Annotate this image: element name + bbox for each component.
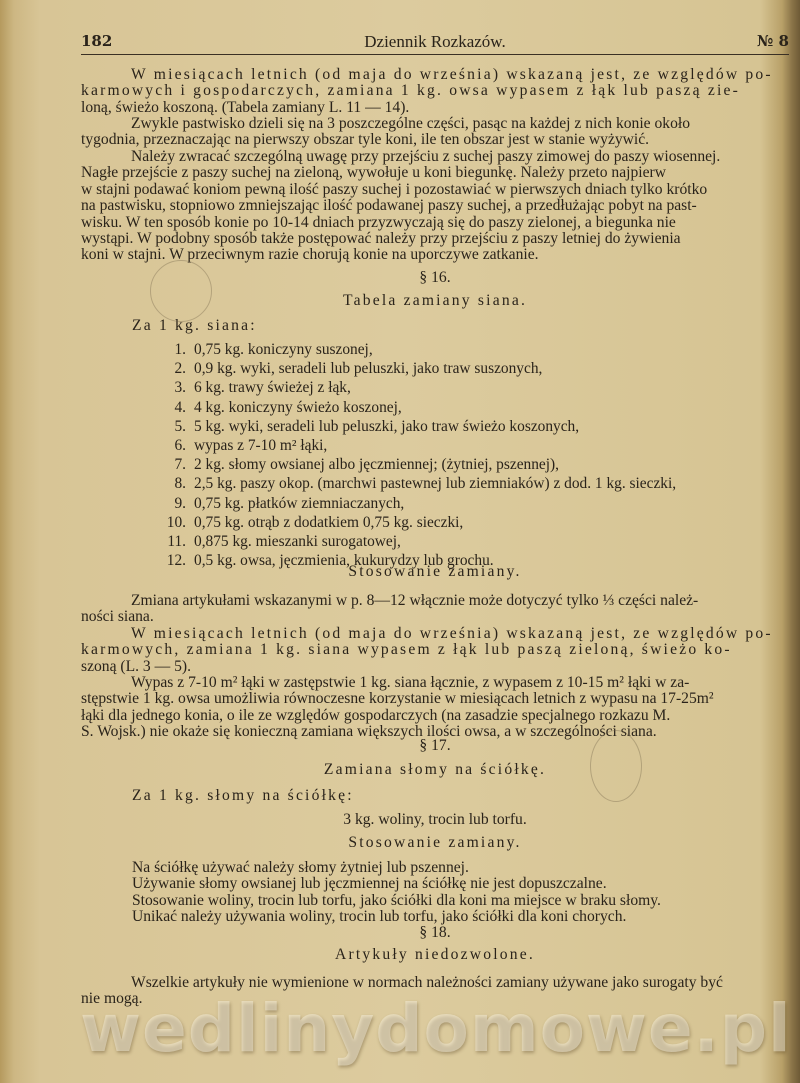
section-18-number: § 18.	[81, 925, 789, 941]
page-header: 182 Dziennik Rozkazów. № 8	[81, 30, 789, 55]
section-16-usage-title: Stosowanie zamiany.	[81, 564, 789, 580]
stamp-mark	[150, 260, 212, 322]
list-item: 6.wypas z 7-10 m² łąki,	[150, 437, 676, 456]
list-item: 5.5 kg. wyki, seradeli lub peluszki, jak…	[150, 418, 676, 437]
section-17-rules: Na ściółkę używać należy słomy żytniej l…	[132, 860, 661, 926]
section-16-usage-paragraph-1: Zmiana artykułami wskazanymi w p. 8—12 w…	[81, 593, 789, 626]
intro-paragraph-2: Zwykle pastwisko dzieli się na 3 poszcze…	[81, 116, 789, 149]
section-16-usage-paragraph-3: Wypas z 7-10 m² łąki w zastępstwie 1 kg.…	[81, 675, 789, 741]
issue-number: № 8	[757, 32, 789, 50]
intro-paragraph-1: W miesiącach letnich (od maja do wrześni…	[81, 67, 789, 116]
section-16-usage-paragraph-2: W miesiącach letnich (od maja do wrześni…	[81, 626, 789, 675]
list-item: 4.4 kg. koniczyny świeżo koszonej,	[150, 399, 676, 418]
section-18-title: Artykuły niedozwolone.	[81, 947, 789, 963]
stamp-mark	[590, 730, 642, 802]
list-item: 1.0,75 kg. koniczyny suszonej,	[150, 341, 676, 360]
list-item: 2.0,9 kg. wyki, seradeli lub peluszki, j…	[150, 360, 676, 379]
watermark: wedlinydomowe.pl	[80, 990, 792, 1067]
section-17-lead: Za 1 kg. słomy na ściółkę:	[132, 788, 354, 804]
section-17-title: Zamiana słomy na ściółkę.	[81, 762, 789, 778]
list-item: 7.2 kg. słomy owsianej albo jęczmiennej;…	[150, 456, 676, 475]
publication-title: Dziennik Rozkazów.	[81, 32, 789, 52]
hay-substitution-list: 1.0,75 kg. koniczyny suszonej, 2.0,9 kg.…	[150, 341, 676, 571]
section-17-usage-title: Stosowanie zamiany.	[81, 835, 789, 851]
list-item: 11.0,875 kg. mieszanki surogatowej,	[150, 533, 676, 552]
list-item: 9.0,75 kg. płatków ziemniaczanych,	[150, 495, 676, 514]
list-item: 8.2,5 kg. paszy okop. (marchwi pastewnej…	[150, 475, 676, 494]
section-17-item: 3 kg. woliny, trocin lub torfu.	[81, 812, 789, 828]
document-page: 182 Dziennik Rozkazów. № 8 W miesiącach …	[0, 0, 800, 1083]
list-item: 10.0,75 kg. otrąb z dodatkiem 0,75 kg. s…	[150, 514, 676, 533]
intro-paragraph-3: Należy zwracać szczególną uwagę przy prz…	[81, 149, 789, 264]
section-17-number: § 17.	[81, 738, 789, 754]
list-item: 3.6 kg. trawy świeżej z łąk,	[150, 379, 676, 398]
section-16-lead: Za 1 kg. siana:	[132, 318, 257, 334]
